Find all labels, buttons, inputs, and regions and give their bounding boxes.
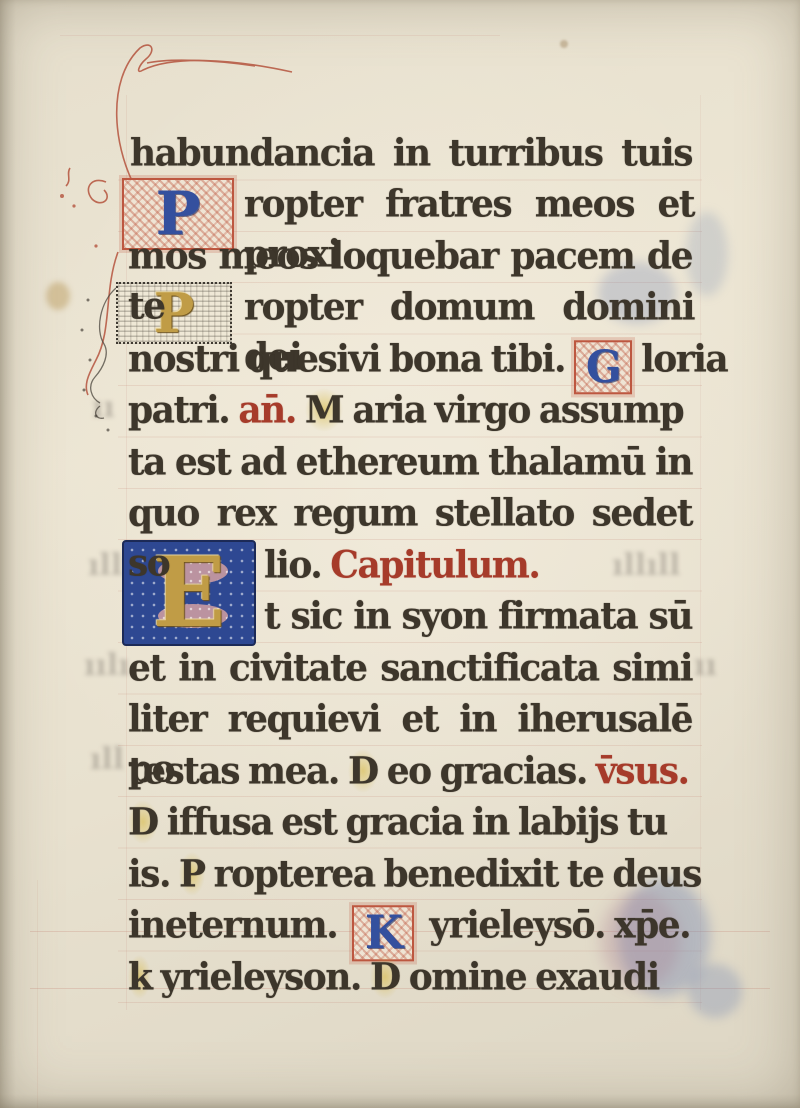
text-line: liter requievi et in iherusalē po — [128, 694, 692, 748]
text-line: patri. an̄. M aria virgo assump — [128, 385, 698, 439]
ruling-line — [60, 35, 500, 36]
rubric-antiphon-mark: an̄. — [238, 388, 305, 432]
initial-letter: K — [365, 908, 402, 958]
bleed-through-text: ıı — [92, 390, 115, 425]
text-line: is. P ropterea benedixit te deus — [128, 849, 698, 903]
rubric-capitulum: Capitulum. — [330, 543, 539, 587]
page-edge-shadow — [0, 0, 16, 1108]
text-line: nostri quesivi bona tibi. G loria — [128, 334, 698, 388]
text-line: k yrieleyson. D omine exaudi — [128, 952, 698, 1006]
text-line: habundancia in turribus tuis — [130, 128, 692, 182]
text-line: testas mea. D eo gracias. v̄sus. — [128, 746, 698, 800]
text-line: et in civitate sanctificata simi — [128, 643, 692, 697]
rubric-versus: v̄sus. — [596, 749, 689, 793]
yellow-washed-capital: D — [370, 955, 400, 999]
yellow-washed-capital: P — [179, 852, 205, 896]
page-edge-shadow — [0, 1094, 800, 1108]
text-line: ropter fratres meos et proxi — [244, 179, 694, 233]
yellow-washed-capital: D — [348, 749, 378, 793]
parchment-spot — [560, 40, 568, 48]
text-line: ropter domum domini dei — [244, 282, 694, 336]
text-line: ineternum. K yrieleysō. xp̄e. — [128, 900, 698, 954]
text-line: t sic in syon firmata sū — [264, 591, 692, 645]
parchment-spot — [46, 282, 70, 310]
yellow-washed-capital: D — [128, 800, 158, 844]
text-line: lio. Capitulum. — [264, 540, 694, 594]
text-line: ta est ad ethereum thalamū in — [128, 437, 692, 491]
manuscript-page: ıllı ıılı ıll ıllıll ıı ıı P P — [0, 0, 800, 1108]
crease-line — [37, 880, 38, 1108]
text-line: mos meos loquebar pacem de te — [128, 231, 692, 285]
yellow-washed-capital: k — [128, 955, 151, 999]
text-line: D iffusa est gracia in labijs tu — [128, 797, 698, 851]
yellow-washed-capital: M — [305, 388, 343, 432]
text-line: quo rex regum stellato sedet so — [128, 488, 692, 542]
